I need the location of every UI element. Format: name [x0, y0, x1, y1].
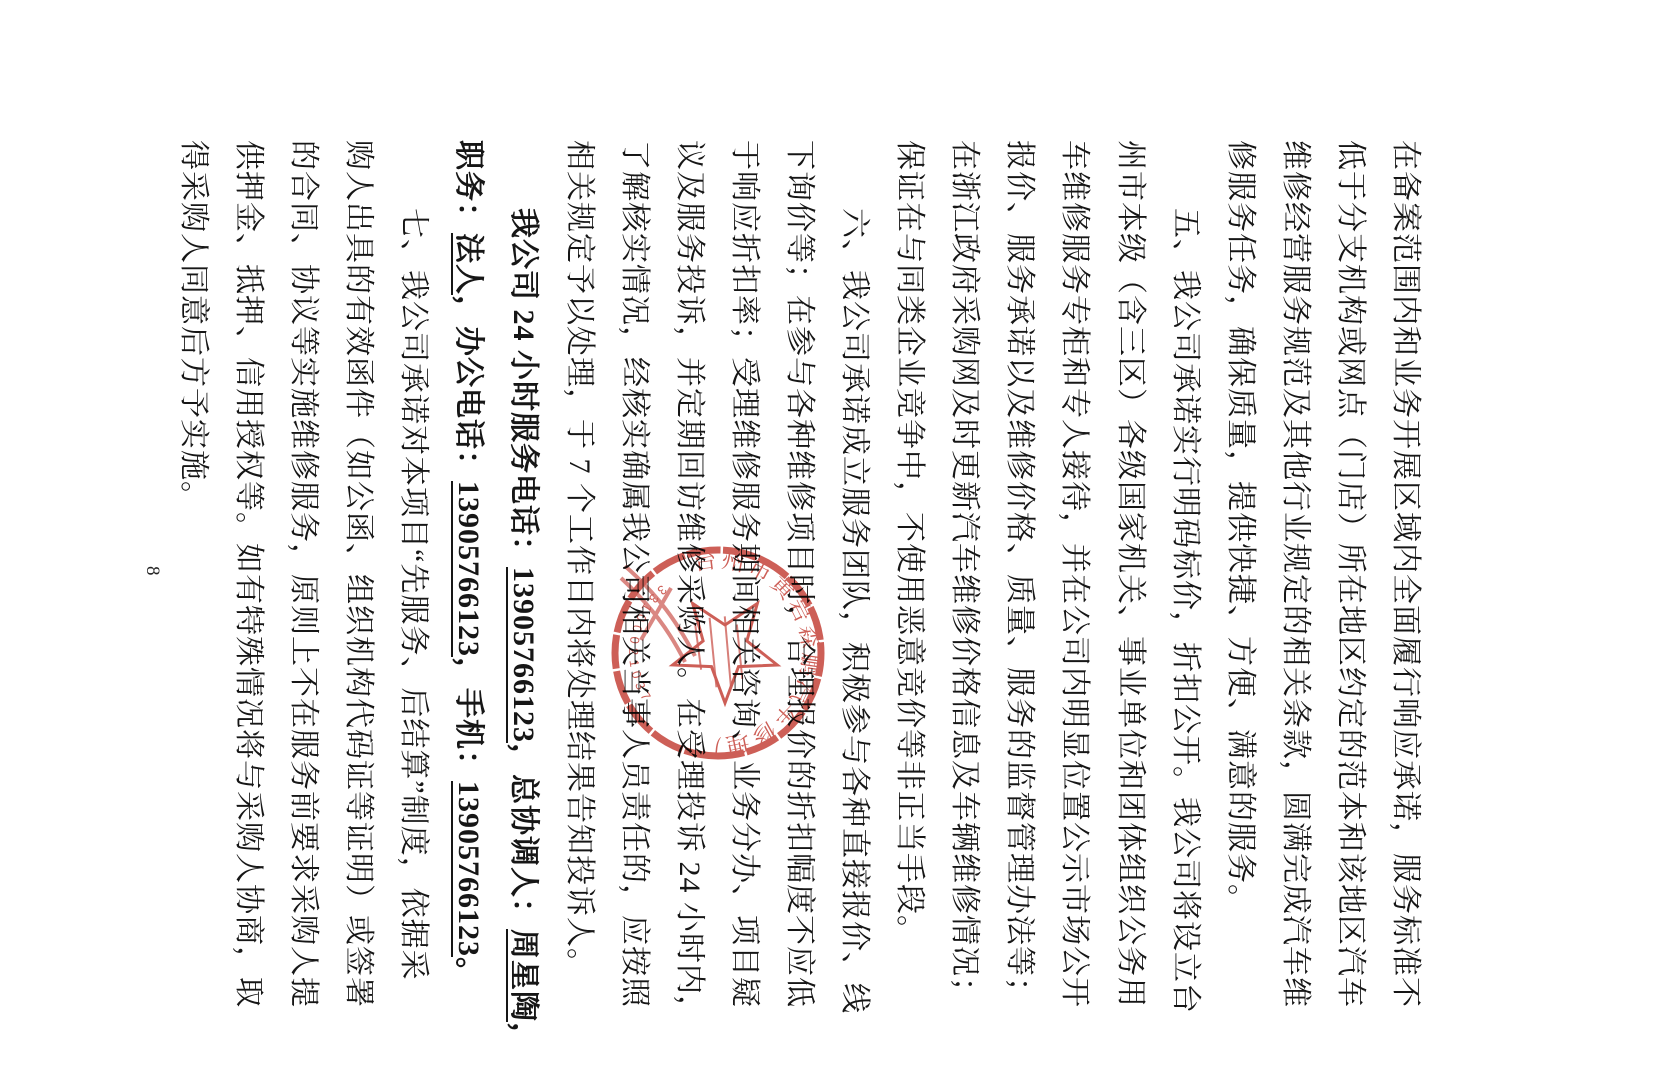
text-segment: 13905766123	[452, 781, 485, 957]
text-segment: ，手机：	[452, 657, 485, 781]
text-segment: 报价、服务承诺以及维修价格、质量、服务的监督管理办法等；	[1003, 140, 1036, 1008]
text-segment: 车维修服务专柜和专人接待，并在公司内明显位置公示市场公开	[1058, 140, 1091, 1008]
document-line: 车维修服务专柜和专人接待，并在公司内明显位置公示市场公开	[1047, 140, 1102, 1020]
text-segment: 议及服务投诉，并定期回访维修采购人。在受理投诉 24 小时内，	[673, 140, 706, 1026]
page-number: 8	[141, 566, 163, 576]
document-line: 购人出具的有效函件（如公函、组织机构代码证等证明）或签署	[331, 140, 386, 1020]
document-line: 得采购人同意后方予实施。	[166, 140, 221, 1020]
text-segment: 法人	[452, 233, 485, 295]
text-segment: 五、我公司承诺实行明码标价，折扣公开。我公司将设立台	[1169, 208, 1202, 1014]
text-segment: 的合同、协议等实施维修服务，原则上不在服务前要求采购人提	[287, 140, 320, 1008]
scanned-page: 在备案范围内和业务开展区域内全面履行响应承诺，服务标准不低于分支机构或网点（门店…	[0, 0, 1677, 1077]
document-line: 在备案范围内和业务开展区域内全面履行响应承诺，服务标准不	[1378, 140, 1433, 1020]
text-segment: 在浙江政府采购网及时更新汽车维修价格信息及车辆维修情况；	[948, 140, 981, 1008]
text-segment: 职务：	[452, 140, 485, 233]
document-line: 职务：法人，办公电话：13905766123，手机：13905766123。	[441, 140, 496, 1020]
text-segment: 得采购人同意后方予实施。	[177, 140, 210, 512]
text-segment: 维修经营服务规范及其他行业规定的相关条款，圆满完成汽车维	[1279, 140, 1312, 1008]
text-segment: 了解核实情况，经核实确属我公司相关当事人员责任的，应按照	[618, 140, 651, 1008]
text-segment: ，总协调人：	[508, 743, 541, 929]
text-segment: 我公司 24 小时服务电话：	[508, 208, 541, 567]
text-segment: 13905766123	[508, 567, 541, 743]
text-segment: 。	[452, 957, 485, 988]
document-line: 供押金、抵押、信用授权等。如有特殊情况将与采购人协商，取	[221, 140, 276, 1020]
text-segment: 低于分支机构或网点（门店）所在地区约定的范本和该地区汽车	[1334, 140, 1367, 1008]
document-line: 低于分支机构或网点（门店）所在地区约定的范本和该地区汽车	[1323, 140, 1378, 1020]
text-segment: ，	[508, 1022, 541, 1053]
document-line: 报价、服务承诺以及维修价格、质量、服务的监督管理办法等；	[992, 140, 1047, 1020]
document-text-block: 在备案范围内和业务开展区域内全面履行响应承诺，服务标准不低于分支机构或网点（门店…	[166, 140, 1433, 1020]
text-segment: 七、我公司承诺对本项目“先服务、后结算”制度，依据采	[397, 208, 430, 981]
document-line: 五、我公司承诺实行明码标价，折扣公开。我公司将设立台	[1158, 140, 1213, 1020]
text-segment: 下询价等；在参与各种维修项目时，合理报价的折扣幅度不应低	[783, 140, 816, 1008]
text-segment: 六、我公司承诺成立服务团队，积极参与各种直接报价、线	[838, 208, 871, 1014]
document-line: 在浙江政府采购网及时更新汽车维修价格信息及车辆维修情况；	[937, 140, 992, 1020]
document-line: 相关规定予以处理，于 7 个工作日内将处理结果告知投诉人。	[552, 140, 607, 1020]
document-line: 修服务任务，确保质量，提供快捷、方便、满意的服务。	[1213, 140, 1268, 1020]
document-line: 的合同、协议等实施维修服务，原则上不在服务前要求采购人提	[276, 140, 331, 1020]
text-segment: 周星陶	[508, 929, 541, 1022]
text-segment: 于响应折扣率；受理维修服务期间相关咨询、业务分办、项目疑	[728, 140, 761, 1008]
document-line: 我公司 24 小时服务电话：13905766123，总协调人：周星陶，	[496, 140, 551, 1020]
text-segment: 供押金、抵押、信用授权等。如有特殊情况将与采购人协商，取	[232, 140, 265, 1008]
document-line: 维修经营服务规范及其他行业规定的相关条款，圆满完成汽车维	[1268, 140, 1323, 1020]
screenshot-root: 在备案范围内和业务开展区域内全面履行响应承诺，服务标准不低于分支机构或网点（门店…	[0, 0, 1677, 1077]
document-line: 六、我公司承诺成立服务团队，积极参与各种直接报价、线	[827, 140, 882, 1020]
text-segment: 13905766123	[452, 481, 485, 657]
document-line: 七、我公司承诺对本项目“先服务、后结算”制度，依据采	[386, 140, 441, 1020]
text-segment: 购人出具的有效函件（如公函、组织机构代码证等证明）或签署	[342, 140, 375, 1008]
document-line: 了解核实情况，经核实确属我公司相关当事人员责任的，应按照	[607, 140, 662, 1020]
document-line: 下询价等；在参与各种维修项目时，合理报价的折扣幅度不应低	[772, 140, 827, 1020]
document-line: 议及服务投诉，并定期回访维修采购人。在受理投诉 24 小时内，	[662, 140, 717, 1020]
text-segment: 相关规定予以处理，于 7 个工作日内将处理结果告知投诉人。	[563, 140, 596, 979]
text-segment: ，办公电话：	[452, 295, 485, 481]
text-segment: 州市本级（含三区）各级国家机关、事业单位和团体组织公务用	[1114, 140, 1147, 1008]
document-line: 于响应折扣率；受理维修服务期间相关咨询、业务分办、项目疑	[717, 140, 772, 1020]
document-line: 州市本级（含三区）各级国家机关、事业单位和团体组织公务用	[1102, 140, 1157, 1020]
text-segment: 在备案范围内和业务开展区域内全面履行响应承诺，服务标准不	[1389, 140, 1422, 1008]
text-segment: 修服务任务，确保质量，提供快捷、方便、满意的服务。	[1224, 140, 1257, 915]
document-line: 保证在与同类企业竞争中，不使用恶意竞价等非正当手段。	[882, 140, 937, 1020]
text-segment: 保证在与同类企业竞争中，不使用恶意竞价等非正当手段。	[893, 140, 926, 946]
